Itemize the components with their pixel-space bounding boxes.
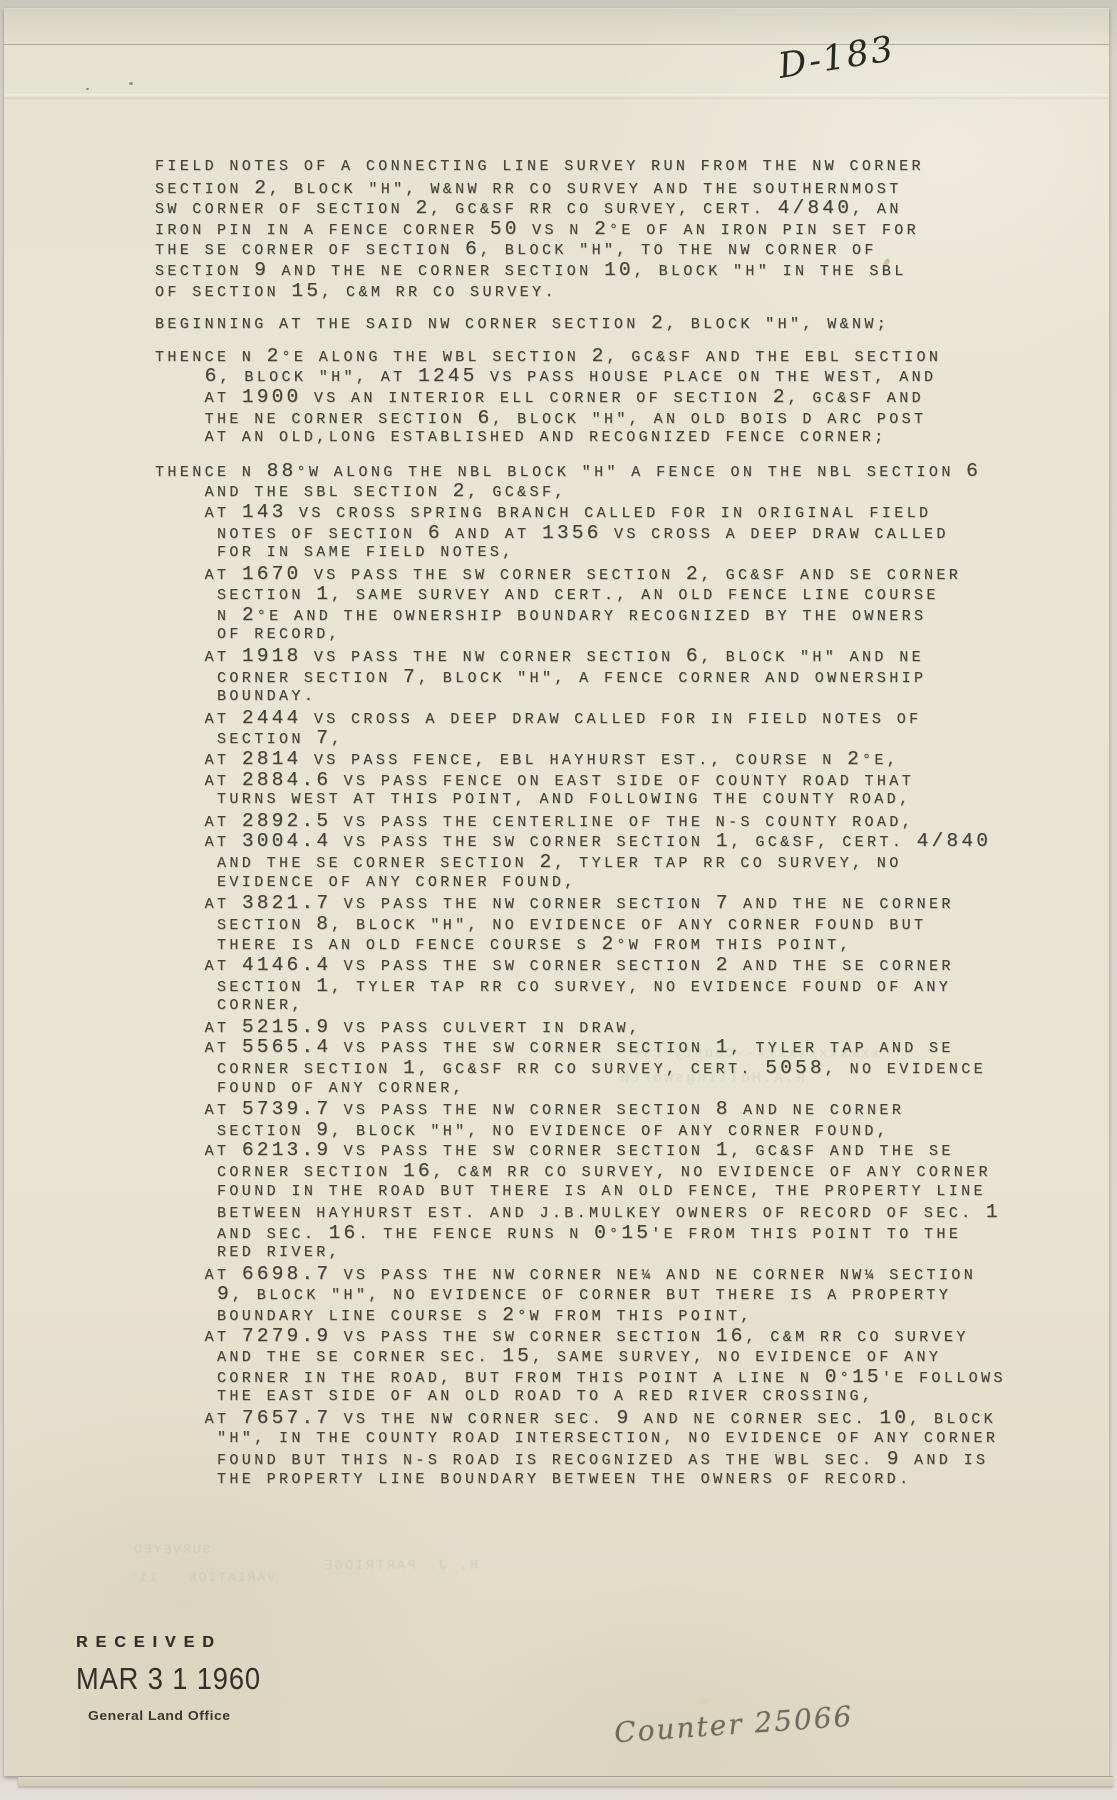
typed-text: FIELD NOTES OF A CONNECTING LINE SURVEY … [155, 157, 1006, 1502]
typed-line: FOUND OF ANY CORNER, [155, 1079, 1006, 1100]
typed-line: SECTION 2, BLOCK "H", W&NW RR CO SURVEY … [155, 178, 1006, 199]
typed-line: AT 7279.9 VS PASS THE SW CORNER SECTION … [155, 1326, 1006, 1347]
stamp-received-label: RECEIVED [76, 1634, 286, 1652]
typed-line: AND THE SE CORNER SEC. 15, SAME SURVEY, … [155, 1346, 1006, 1367]
typed-line: BOUNDARY LINE COURSE S 2°W FROM THIS POI… [155, 1305, 1006, 1326]
typed-line: AND THE SBL SECTION 2, GC&SF, [155, 481, 1006, 502]
typed-line: SECTION 7, [155, 728, 1006, 749]
typed-line: AT 6698.7 VS PASS THE NW CORNER NE¼ AND … [155, 1264, 1006, 1285]
typed-line: SECTION 1, SAME SURVEY AND CERT., AN OLD… [155, 584, 1006, 605]
stamp-date: MAR 3 1 1960 [76, 1661, 261, 1697]
typed-line: EVIDENCE OF ANY CORNER FOUND, [155, 873, 1006, 894]
stamp-office-label: General Land Office [88, 1708, 286, 1723]
typed-line: AT 7657.7 VS THE NW CORNER SEC. 9 AND NE… [155, 1408, 1006, 1429]
paper-crease [4, 94, 1109, 99]
typed-line: THE PROPERTY LINE BOUNDARY BETWEEN THE O… [155, 1470, 1006, 1491]
typed-line: BOUNDAY. [155, 687, 1006, 708]
typed-line: OF SECTION 15, C&M RR CO SURVEY. [155, 281, 1006, 302]
typed-line: 6, BLOCK "H", AT 1245 VS PASS HOUSE PLAC… [155, 366, 1006, 387]
typed-line: SECTION 1, TYLER TAP RR CO SURVEY, NO EV… [155, 976, 1006, 997]
typed-line: AT 1918 VS PASS THE NW CORNER SECTION 6,… [155, 646, 1006, 667]
typed-line: AT 143 VS CROSS SPRING BRANCH CALLED FOR… [155, 502, 1006, 523]
typed-line: N 2°E AND THE OWNERSHIP BOUNDARY RECOGNI… [155, 605, 1006, 626]
typed-line: FOUND IN THE ROAD BUT THERE IS AN OLD FE… [155, 1182, 1006, 1203]
paper-top-fold [4, 8, 1109, 45]
typed-line: THE SE CORNER OF SECTION 6, BLOCK "H", T… [155, 239, 1006, 260]
typed-line: CORNER, [155, 996, 1006, 1017]
typed-line: "H", IN THE COUNTY ROAD INTERSECTION, NO… [155, 1429, 1006, 1450]
typed-line: THENCE N 2°E ALONG THE WBL SECTION 2, GC… [155, 346, 1006, 367]
typed-line: TURNS WEST AT THIS POINT, AND FOLLOWING … [155, 790, 1006, 811]
typed-line: NOTES OF SECTION 6 AND AT 1356 VS CROSS … [155, 523, 1006, 544]
typed-line: AT 5215.9 VS PASS CULVERT IN DRAW, [155, 1017, 1006, 1038]
typed-line: AT 6213.9 VS PASS THE SW CORNER SECTION … [155, 1140, 1006, 1161]
paper-stain [698, 1697, 708, 1705]
typed-line: THENCE N 88°W ALONG THE NBL BLOCK "H" A … [155, 461, 1006, 482]
typed-line: CORNER IN THE ROAD, BUT FROM THIS POINT … [155, 1367, 1006, 1388]
typed-line: OF RECORD, [155, 625, 1006, 646]
typed-line: FIELD NOTES OF A CONNECTING LINE SURVEY … [155, 157, 1006, 178]
scanned-document-screenshot: { "page": { "doc_label": "D-183", "count… [0, 0, 1117, 1800]
ink-speck [86, 88, 89, 90]
typed-line: AT 3821.7 VS PASS THE NW CORNER SECTION … [155, 893, 1006, 914]
typed-line: AT 1900 VS AN INTERIOR ELL CORNER OF SEC… [155, 387, 1006, 408]
received-stamp: RECEIVED MAR 3 1 1960 General Land Offic… [76, 1634, 286, 1724]
typed-line: AND SEC. 16. THE FENCE RUNS N 0°15'E FRO… [155, 1223, 1006, 1244]
typed-line: SW CORNER OF SECTION 2, GC&SF RR CO SURV… [155, 198, 1006, 219]
typed-line: FOR IN SAME FIELD NOTES, [155, 543, 1006, 564]
typed-line: 9, BLOCK "H", NO EVIDENCE OF CORNER BUT … [155, 1284, 1006, 1305]
paragraph: BEGINNING AT THE SAID NW CORNER SECTION … [155, 313, 1006, 334]
paragraph: FIELD NOTES OF A CONNECTING LINE SURVEY … [155, 157, 1006, 301]
typed-line: THE NE CORNER SECTION 6, BLOCK "H", AN O… [155, 408, 1006, 429]
typed-line: AND THE SE CORNER SECTION 2, TYLER TAP R… [155, 852, 1006, 873]
paper-bottom-edge [18, 1776, 1113, 1786]
typed-line: CORNER SECTION 7, BLOCK "H", A FENCE COR… [155, 667, 1006, 688]
typed-line: AT 5565.4 VS PASS THE SW CORNER SECTION … [155, 1037, 1006, 1058]
typed-line: AT 5739.7 VS PASS THE NW CORNER SECTION … [155, 1099, 1006, 1120]
typed-line: AT 4146.4 VS PASS THE SW CORNER SECTION … [155, 955, 1006, 976]
typed-line: THE EAST SIDE OF AN OLD ROAD TO A RED RI… [155, 1387, 1006, 1408]
typed-line: AT 2892.5 VS PASS THE CENTERLINE OF THE … [155, 811, 1006, 832]
typed-line: AT AN OLD,LONG ESTABLISHED AND RECOGNIZE… [155, 428, 1006, 449]
typed-line: AT 2814 VS PASS FENCE, EBL HAYHURST EST.… [155, 749, 1006, 770]
typed-line: FOUND BUT THIS N-S ROAD IS RECOGNIZED AS… [155, 1449, 1006, 1470]
typed-line: RED RIVER, [155, 1243, 1006, 1264]
typed-line: IRON PIN IN A FENCE CORNER 50 VS N 2°E O… [155, 219, 1006, 240]
typed-line: AT 3004.4 VS PASS THE SW CORNER SECTION … [155, 831, 1006, 852]
typed-line: SECTION 9 AND THE NE CORNER SECTION 10, … [155, 260, 1006, 281]
typed-line: CORNER SECTION 16, C&M RR CO SURVEY, NO … [155, 1161, 1006, 1182]
typed-line: SECTION 8, BLOCK "H", NO EVIDENCE OF ANY… [155, 914, 1006, 935]
typed-line: SECTION 9, BLOCK "H", NO EVIDENCE OF ANY… [155, 1120, 1006, 1141]
typed-line: AT 2444 VS CROSS A DEEP DRAW CALLED FOR … [155, 708, 1006, 729]
paragraph: THENCE N 88°W ALONG THE NBL BLOCK "H" A … [155, 461, 1006, 1491]
ink-speck [129, 82, 133, 85]
typed-line: AT 1670 VS PASS THE SW CORNER SECTION 2,… [155, 564, 1006, 585]
typed-line: BETWEEN HAYHURST EST. AND J.B.MULKEY OWN… [155, 1202, 1006, 1223]
typed-line: THERE IS AN OLD FENCE COURSE S 2°W FROM … [155, 934, 1006, 955]
typed-line: AT 2884.6 VS PASS FENCE ON EAST SIDE OF … [155, 770, 1006, 791]
typed-line: CORNER SECTION 1, GC&SF RR CO SURVEY, CE… [155, 1058, 1006, 1079]
paragraph: THENCE N 2°E ALONG THE WBL SECTION 2, GC… [155, 346, 1006, 449]
typed-line: BEGINNING AT THE SAID NW CORNER SECTION … [155, 313, 1006, 334]
